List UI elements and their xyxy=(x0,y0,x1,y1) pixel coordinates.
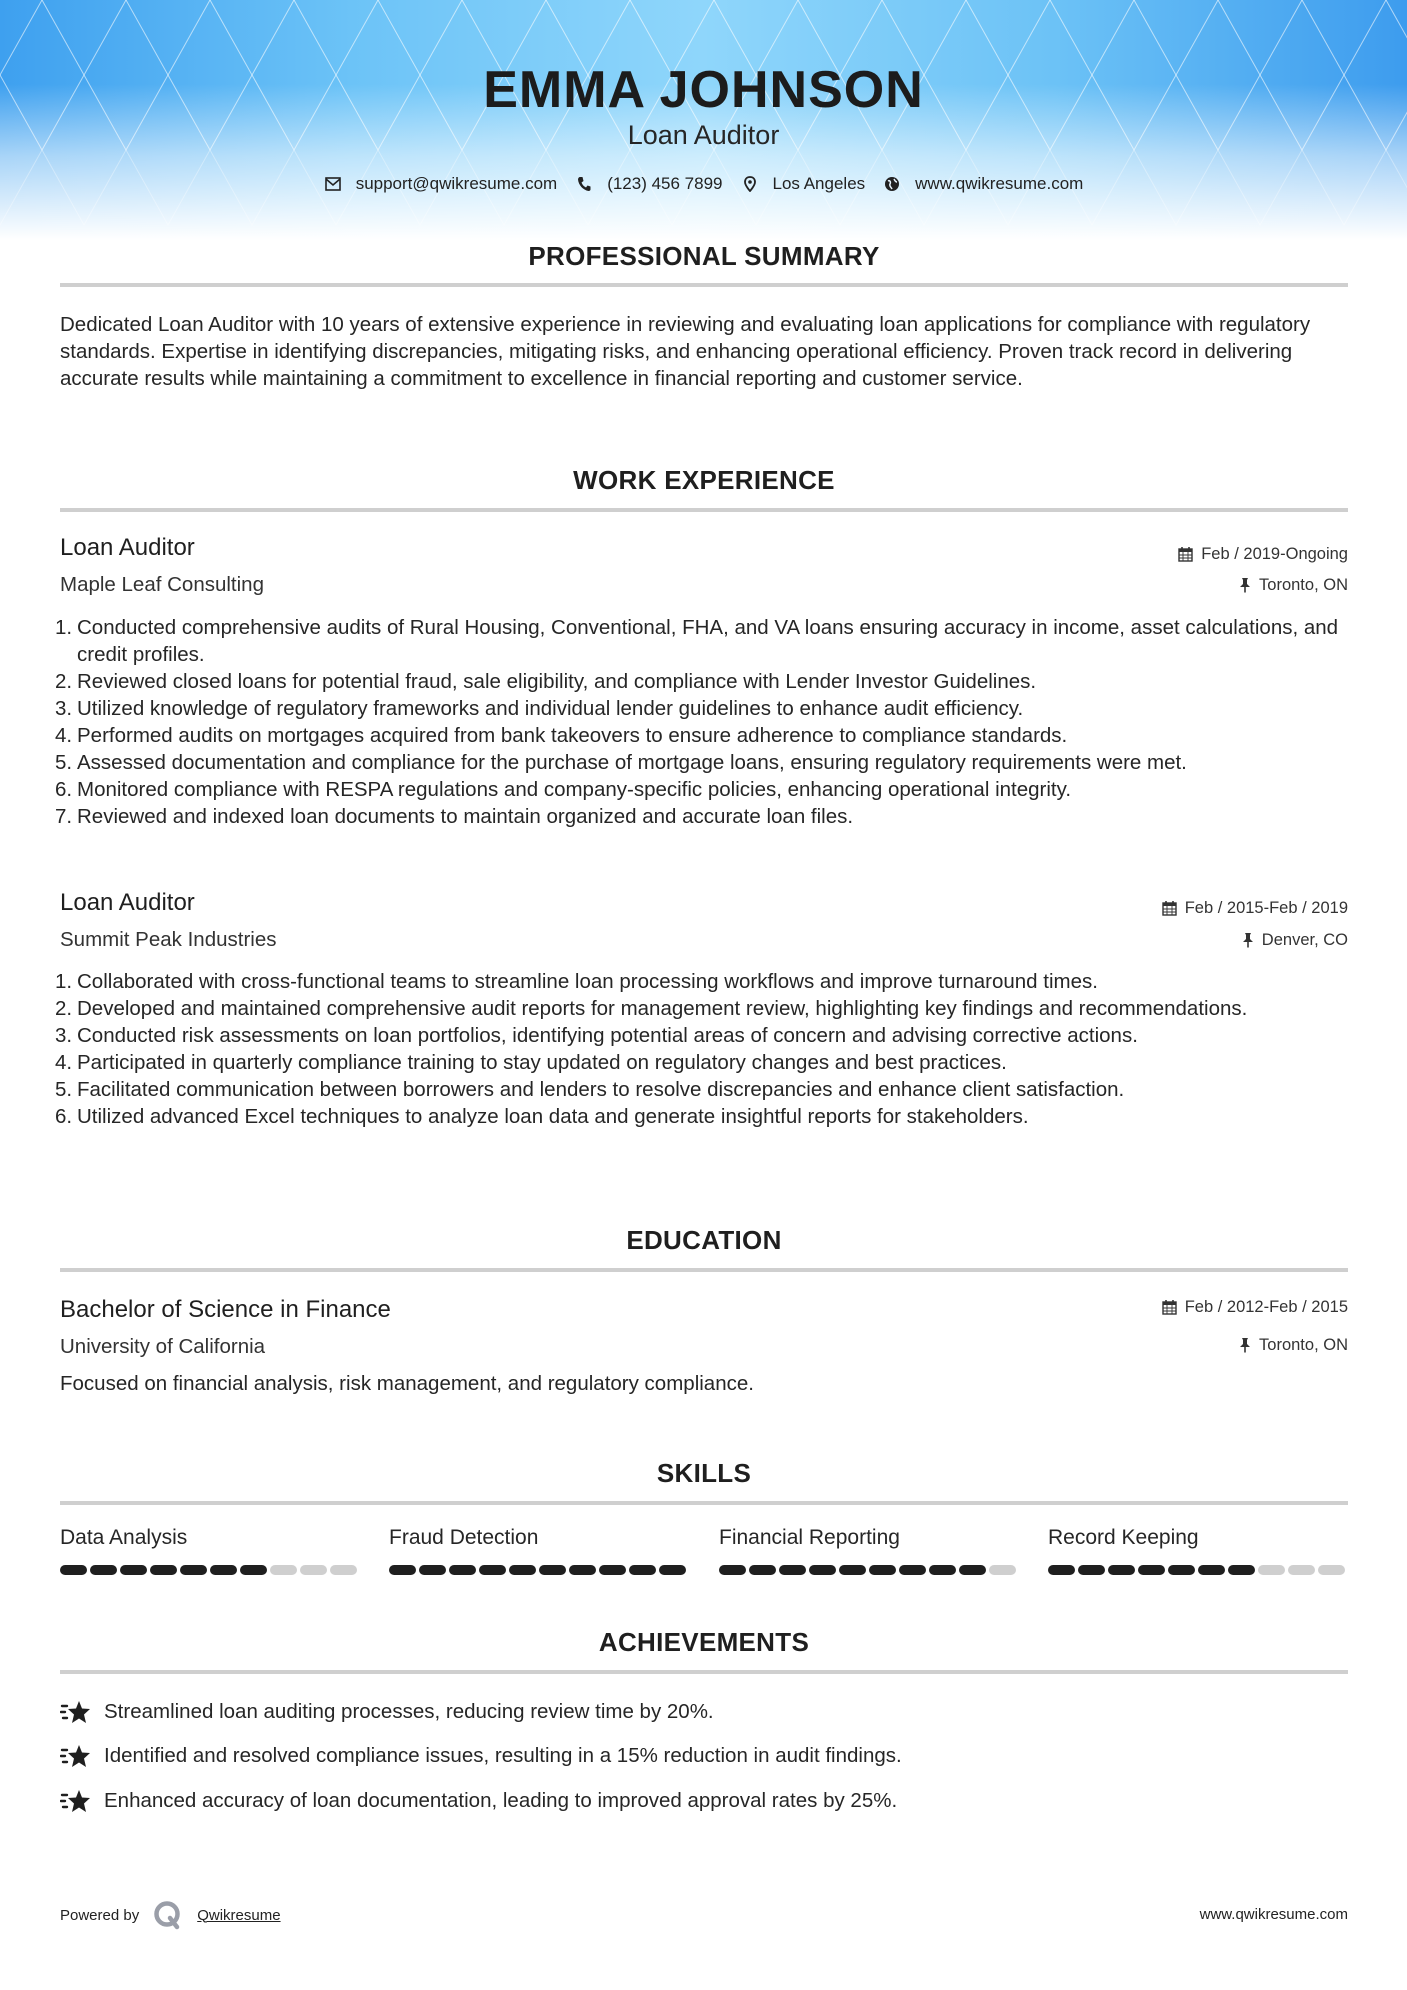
skill-level-segment xyxy=(1138,1565,1165,1575)
calendar-icon xyxy=(1162,1299,1177,1315)
skill-level-segment xyxy=(1168,1565,1195,1575)
skill-level-segment xyxy=(60,1565,87,1575)
skill-level-segment xyxy=(779,1565,806,1575)
job-dates: Feb / 2019-Ongoing xyxy=(1178,543,1348,565)
job-dates: Feb / 2015-Feb / 2019 xyxy=(1162,897,1348,919)
achievement-text: Enhanced accuracy of loan documentation,… xyxy=(104,1788,897,1814)
skill-level-segment xyxy=(1258,1565,1285,1575)
contact-email-text: support@qwikresume.com xyxy=(356,172,558,196)
powered-by-label: Powered by xyxy=(60,1907,139,1924)
list-item: 5.Facilitated communication between borr… xyxy=(55,1076,1355,1103)
pushpin-icon xyxy=(1239,1337,1251,1353)
skill-level-segment xyxy=(1108,1565,1135,1575)
job-title: Loan Auditor xyxy=(60,888,195,918)
skill-level-segment xyxy=(330,1565,357,1575)
candidate-name: EMMA JOHNSON xyxy=(0,58,1407,122)
job-dates-text: Feb / 2015-Feb / 2019 xyxy=(1185,897,1348,919)
skill-level-segment xyxy=(599,1565,626,1575)
skill-level-segment xyxy=(899,1565,926,1575)
skill-level-bar xyxy=(1048,1565,1348,1575)
skill-level-segment xyxy=(839,1565,866,1575)
skill-level-bar xyxy=(389,1565,689,1575)
envelope-icon xyxy=(324,175,342,193)
footer-powered-by: Powered by Qwikresume xyxy=(60,1900,281,1930)
list-item: 4.Participated in quarterly compliance t… xyxy=(55,1049,1355,1076)
contact-email[interactable]: support@qwikresume.com xyxy=(324,172,558,196)
skill-level-segment xyxy=(150,1565,177,1575)
education-location-text: Toronto, ON xyxy=(1259,1334,1348,1356)
skill-level-segment xyxy=(959,1565,986,1575)
job-location: Denver, CO xyxy=(1242,929,1348,951)
candidate-role: Loan Auditor xyxy=(0,118,1407,152)
skill-name: Data Analysis xyxy=(60,1525,360,1551)
skill-level-segment xyxy=(479,1565,506,1575)
section-divider xyxy=(60,1501,1348,1505)
skill-level-segment xyxy=(1198,1565,1225,1575)
job-bullets: 1.Collaborated with cross-functional tea… xyxy=(55,968,1355,1130)
qwikresume-logo-icon xyxy=(153,1900,183,1930)
job-location-text: Toronto, ON xyxy=(1259,574,1348,596)
skill-level-segment xyxy=(1078,1565,1105,1575)
skill-item: Record Keeping xyxy=(1048,1525,1348,1575)
skill-level-bar xyxy=(719,1565,1019,1575)
contact-phone-text: (123) 456 7899 xyxy=(607,172,722,196)
skill-level-segment xyxy=(749,1565,776,1575)
skill-level-segment xyxy=(300,1565,327,1575)
skill-level-segment xyxy=(240,1565,267,1575)
list-item: 3.Conducted risk assessments on loan por… xyxy=(55,1022,1355,1049)
skill-level-segment xyxy=(1318,1565,1345,1575)
skill-name: Fraud Detection xyxy=(389,1525,689,1551)
achievement-item: Streamlined loan auditing processes, red… xyxy=(60,1698,714,1726)
skill-level-segment xyxy=(989,1565,1016,1575)
job-dates-text: Feb / 2019-Ongoing xyxy=(1201,543,1348,565)
education-location: Toronto, ON xyxy=(1239,1334,1348,1356)
skill-level-segment xyxy=(1048,1565,1075,1575)
contact-bar: support@qwikresume.com (123) 456 7899 Lo… xyxy=(0,172,1407,196)
pushpin-icon xyxy=(1239,577,1251,593)
achievements-heading: ACHIEVEMENTS xyxy=(60,1626,1348,1658)
skill-level-segment xyxy=(210,1565,237,1575)
list-item: 7.Reviewed and indexed loan documents to… xyxy=(55,803,1355,830)
skill-level-segment xyxy=(389,1565,416,1575)
skill-level-segment xyxy=(90,1565,117,1575)
achievement-text: Identified and resolved compliance issue… xyxy=(104,1743,902,1769)
degree-title: Bachelor of Science in Finance xyxy=(60,1295,391,1325)
skill-level-segment xyxy=(120,1565,147,1575)
job-bullets: 1.Conducted comprehensive audits of Rura… xyxy=(55,614,1355,830)
job-location: Toronto, ON xyxy=(1239,574,1348,596)
achievement-item: Identified and resolved compliance issue… xyxy=(60,1742,902,1770)
skill-level-bar xyxy=(60,1565,360,1575)
list-item: 6.Utilized advanced Excel techniques to … xyxy=(55,1103,1355,1130)
job-company: Summit Peak Industries xyxy=(60,927,276,953)
list-item: 3.Utilized knowledge of regulatory frame… xyxy=(55,695,1355,722)
star-icon xyxy=(60,1742,92,1770)
summary-text: Dedicated Loan Auditor with 10 years of … xyxy=(60,311,1350,392)
skill-level-segment xyxy=(659,1565,686,1575)
section-divider xyxy=(60,1670,1348,1674)
calendar-icon xyxy=(1178,546,1193,562)
skill-level-segment xyxy=(809,1565,836,1575)
contact-website-text: www.qwikresume.com xyxy=(915,172,1083,196)
skill-level-segment xyxy=(270,1565,297,1575)
calendar-icon xyxy=(1162,900,1177,916)
school-name: University of California xyxy=(60,1334,265,1360)
job-title: Loan Auditor xyxy=(60,533,195,563)
skill-level-segment xyxy=(719,1565,746,1575)
job-company: Maple Leaf Consulting xyxy=(60,572,264,598)
skill-level-segment xyxy=(869,1565,896,1575)
contact-phone[interactable]: (123) 456 7899 xyxy=(575,172,722,196)
skill-level-segment xyxy=(1228,1565,1255,1575)
skill-level-segment xyxy=(569,1565,596,1575)
list-item: 5.Assessed documentation and compliance … xyxy=(55,749,1355,776)
skill-level-segment xyxy=(629,1565,656,1575)
skills-heading: SKILLS xyxy=(60,1457,1348,1489)
job-location-text: Denver, CO xyxy=(1262,929,1348,951)
education-dates-text: Feb / 2012-Feb / 2015 xyxy=(1185,1296,1348,1318)
section-divider xyxy=(60,1268,1348,1272)
experience-heading: WORK EXPERIENCE xyxy=(60,464,1348,496)
list-item: 1.Collaborated with cross-functional tea… xyxy=(55,968,1355,995)
skill-item: Fraud Detection xyxy=(389,1525,689,1575)
summary-heading: PROFESSIONAL SUMMARY xyxy=(60,240,1348,272)
qwikresume-link[interactable]: Qwikresume xyxy=(197,1907,280,1924)
skill-name: Record Keeping xyxy=(1048,1525,1348,1551)
skill-name: Financial Reporting xyxy=(719,1525,1019,1551)
list-item: 2.Reviewed closed loans for potential fr… xyxy=(55,668,1355,695)
phone-icon xyxy=(575,175,593,193)
list-item: 1.Conducted comprehensive audits of Rura… xyxy=(55,614,1355,668)
achievement-item: Enhanced accuracy of loan documentation,… xyxy=(60,1787,897,1815)
section-divider xyxy=(60,283,1348,287)
section-divider xyxy=(60,508,1348,512)
skill-item: Financial Reporting xyxy=(719,1525,1019,1575)
skill-level-segment xyxy=(539,1565,566,1575)
list-item: 4.Performed audits on mortgages acquired… xyxy=(55,722,1355,749)
skill-item: Data Analysis xyxy=(60,1525,360,1575)
skill-level-segment xyxy=(449,1565,476,1575)
skill-level-segment xyxy=(509,1565,536,1575)
globe-icon xyxy=(883,175,901,193)
list-item: 6.Monitored compliance with RESPA regula… xyxy=(55,776,1355,803)
skill-level-segment xyxy=(180,1565,207,1575)
star-icon xyxy=(60,1698,92,1726)
skill-level-segment xyxy=(1288,1565,1315,1575)
skill-level-segment xyxy=(419,1565,446,1575)
contact-location: Los Angeles xyxy=(741,172,866,196)
achievement-text: Streamlined loan auditing processes, red… xyxy=(104,1699,714,1725)
contact-location-text: Los Angeles xyxy=(773,172,866,196)
education-description: Focused on financial analysis, risk mana… xyxy=(60,1370,1350,1397)
footer-website[interactable]: www.qwikresume.com xyxy=(1200,1906,1348,1923)
education-heading: EDUCATION xyxy=(60,1224,1348,1256)
pushpin-icon xyxy=(1242,932,1254,948)
map-marker-icon xyxy=(741,175,759,193)
skill-level-segment xyxy=(929,1565,956,1575)
list-item: 2.Developed and maintained comprehensive… xyxy=(55,995,1355,1022)
education-dates: Feb / 2012-Feb / 2015 xyxy=(1162,1296,1348,1318)
contact-website[interactable]: www.qwikresume.com xyxy=(883,172,1083,196)
star-icon xyxy=(60,1787,92,1815)
